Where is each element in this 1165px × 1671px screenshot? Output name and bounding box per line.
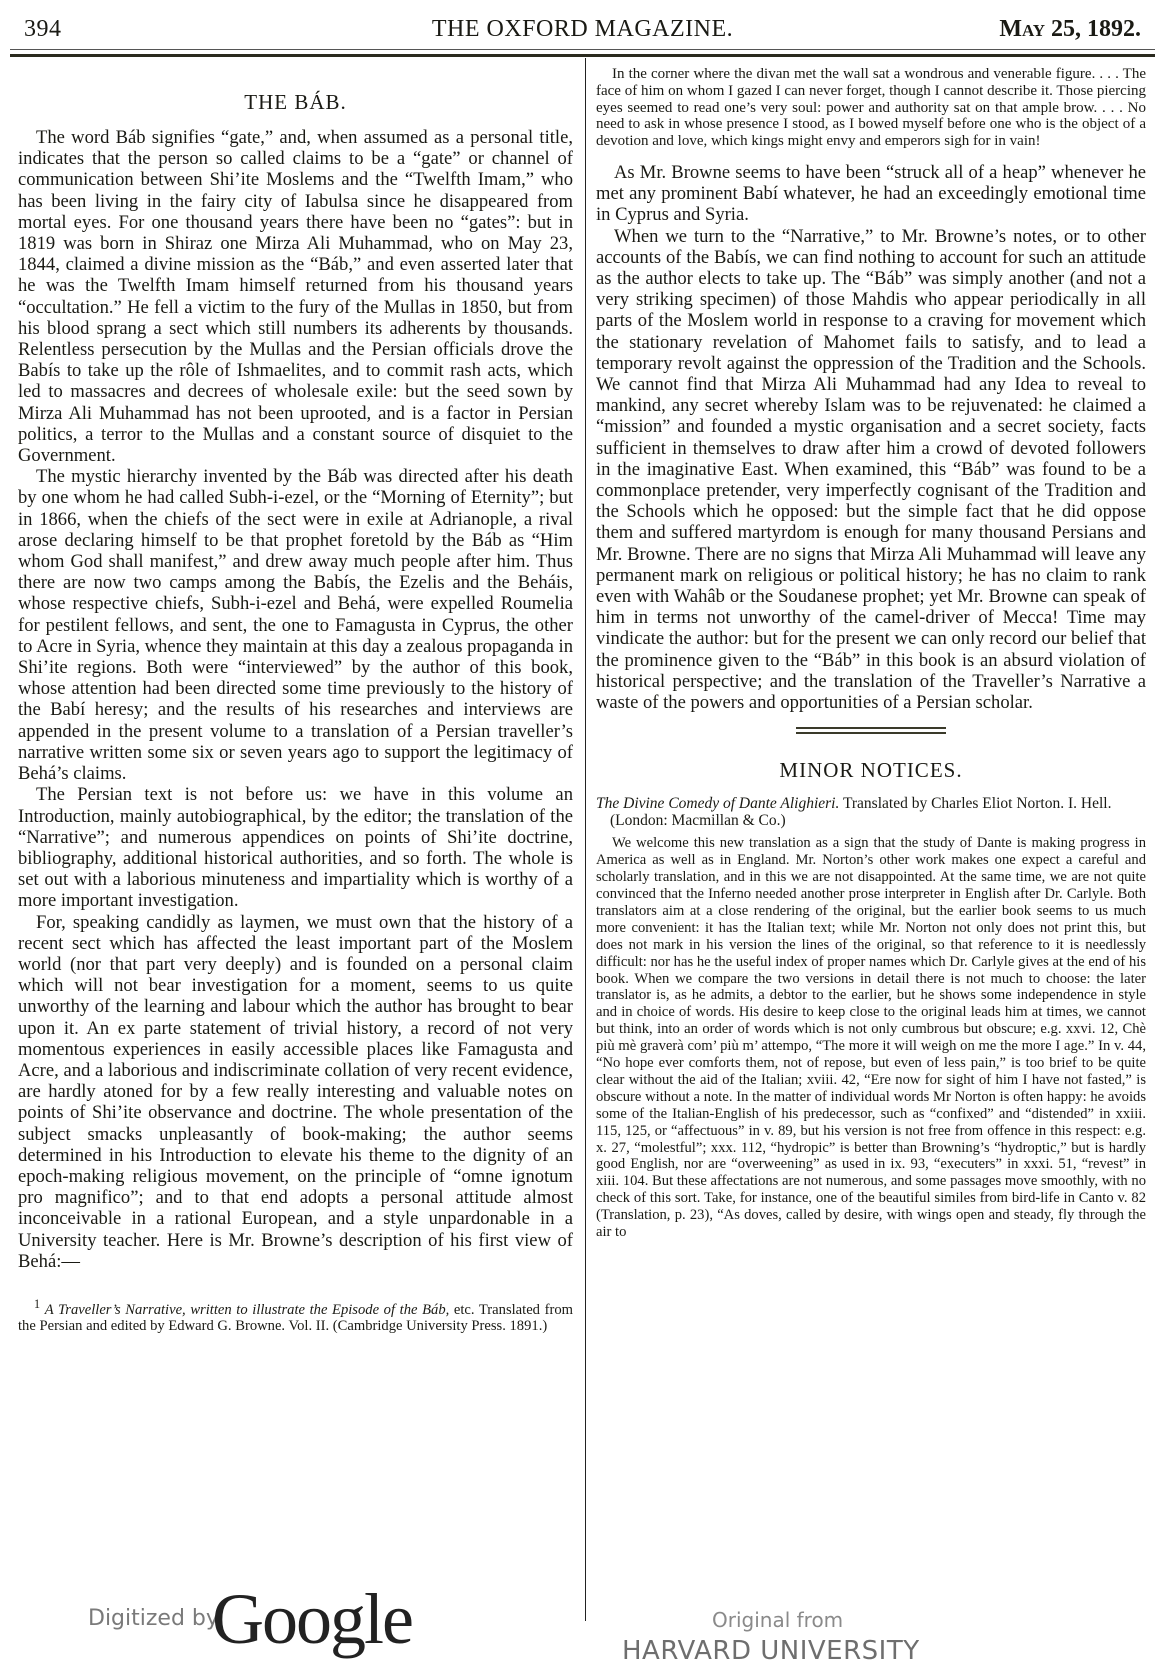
header-rule-thick [10,54,1155,57]
article-paragraph-2: The mystic hierarchy invented by the Báb… [18,466,573,784]
magazine-title: THE OXFORD MAGAZINE. [24,16,1141,43]
footnote: 1 A Traveller’s Narrative, written to il… [18,1296,573,1334]
page-header: 394 THE OXFORD MAGAZINE. May 25, 1892. [24,14,1141,50]
book-entry-heading: The Divine Comedy of Dante Alighieri. Tr… [596,795,1146,829]
original-from-label: Original from [712,1608,843,1632]
article-paragraph-1: The word Báb signifies “gate,” and, when… [18,127,573,466]
institution-label: HARVARD UNIVERSITY [622,1636,920,1666]
continuation-paragraph-1: As Mr. Browne seems to have been “struck… [596,162,1146,226]
book-title: The Divine Comedy of Dante Alighieri. [596,795,839,812]
digitized-by-label: Digitized by [88,1606,219,1631]
article-title: THE BÁB. [18,90,573,115]
column-divider [585,58,586,1621]
minor-notices-title: MINOR NOTICES. [596,758,1146,783]
minor-notice-text: We welcome this new translation as a sig… [596,835,1146,1241]
article-continuation: As Mr. Browne seems to have been “struck… [596,162,1146,713]
right-column: In the corner where the divan met the wa… [596,60,1146,1241]
left-column: THE BÁB. The word Báb signifies “gate,” … [18,60,573,1334]
minor-notice-body: We welcome this new translation as a sig… [596,835,1146,1241]
footnote-marker: 1 [34,1297,40,1311]
issue-date: May 25, 1892. [999,16,1141,43]
block-quote: In the corner where the divan met the wa… [596,66,1146,150]
section-separator [796,727,946,734]
header-rule-thin [10,49,1155,50]
footnote-title: A Traveller’s Narrative, written to illu… [45,1302,450,1318]
continuation-paragraph-2: When we turn to the “Narrative,” to Mr. … [596,226,1146,714]
article-body: The word Báb signifies “gate,” and, when… [18,127,573,1272]
article-paragraph-4: For, speaking candidly as laymen, we mus… [18,912,573,1272]
quote-text: In the corner where the divan met the wa… [596,66,1146,150]
google-logo: Google [212,1578,412,1661]
article-paragraph-3: The Persian text is not before us: we ha… [18,784,573,911]
